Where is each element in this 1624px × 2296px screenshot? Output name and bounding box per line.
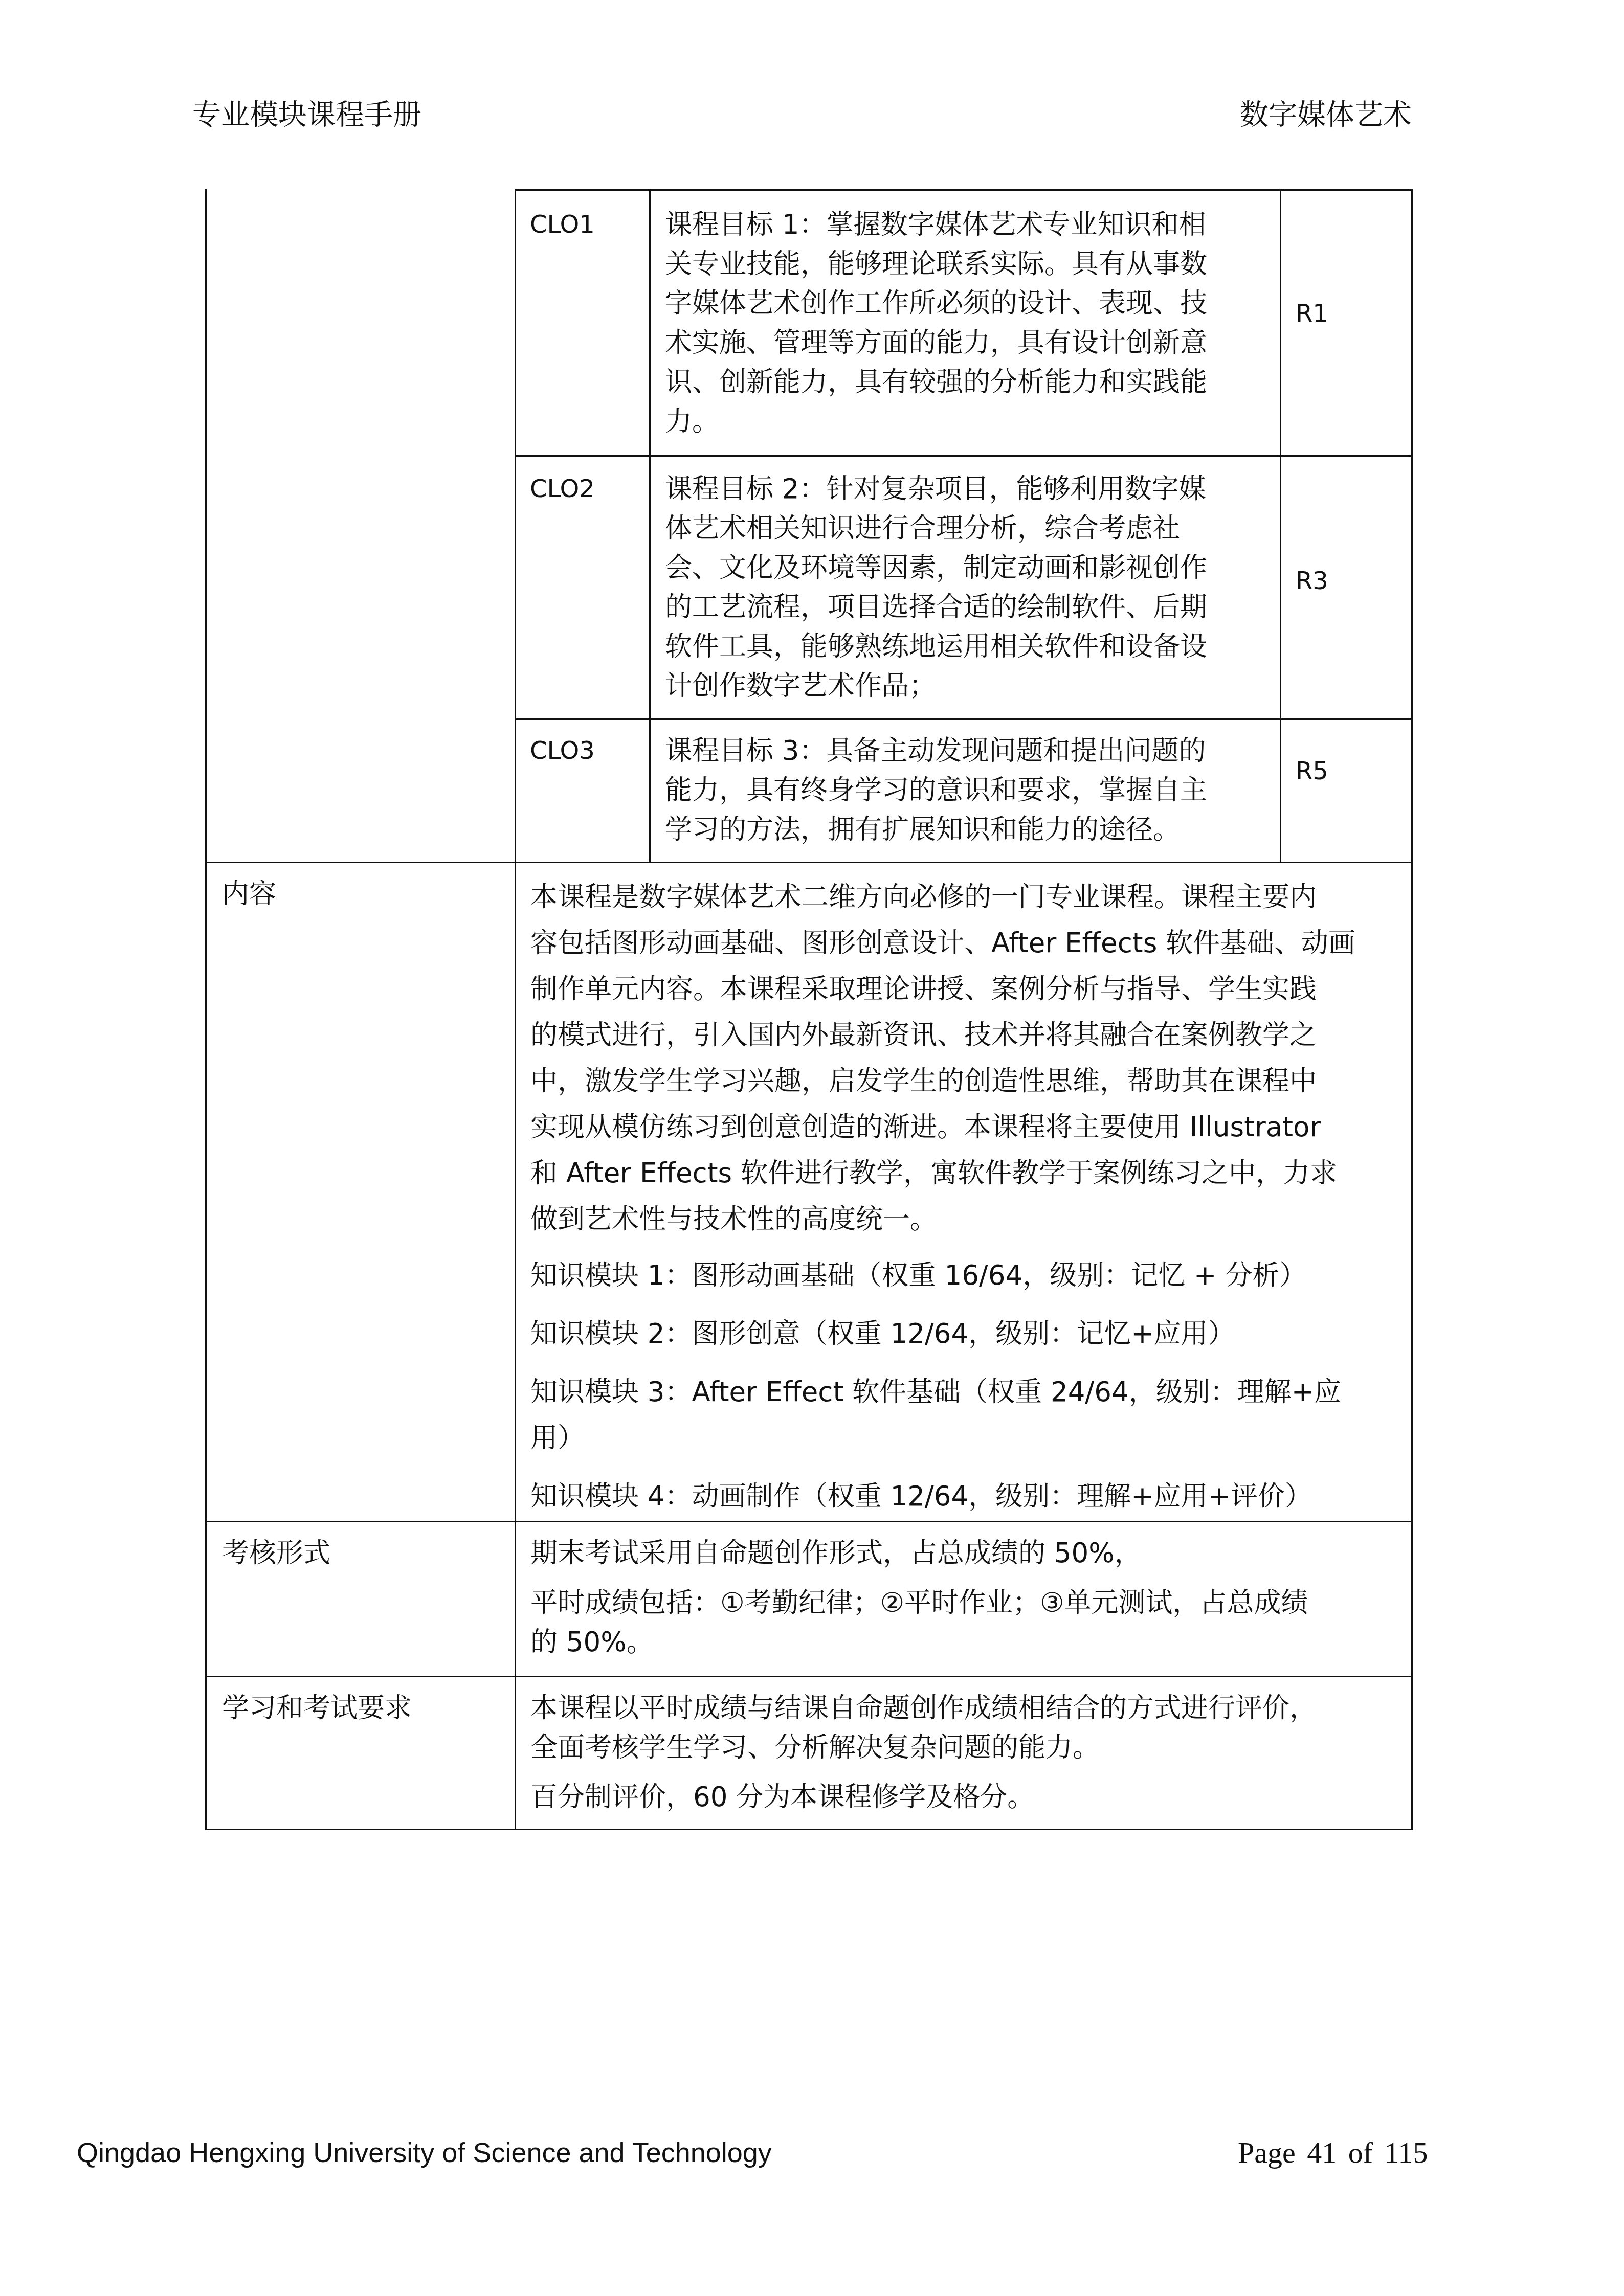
text-line: 能力，具有终身学习的意识和要求，掌握自主 [665,771,1207,810]
text-line: 期末考试采用自命题创作形式，占总成绩的 50%， [530,1534,1308,1573]
knowledge-module-3: 知识模块 3：After Effect 软件基础（权重 24/64，级别：理解+… [530,1369,1355,1415]
text-line: 容包括图形动画基础、图形创意设计、After Effects 软件基础、动画 [530,920,1355,966]
assessment-text: 期末考试采用自命题创作形式，占总成绩的 50%， 平时成绩包括：①考勤纪律；②平… [530,1534,1308,1662]
text-line: 学习的方法，拥有扩展知识和能力的途径。 [665,810,1207,849]
text-line: 识、创新能力，具有较强的分析能力和实践能 [665,363,1207,402]
text-line: 和 After Effects 软件进行教学，寓软件教学于案例练习之中，力求 [530,1151,1355,1197]
footer-page-number: Page 41 of 115 [1238,2135,1428,2171]
clo1-outcome: R1 [1296,294,1328,333]
text-line: 会、文化及环境等因素，制定动画和影视创作 [665,548,1207,588]
knowledge-module-3-cont: 用） [530,1415,1355,1461]
assessment-body-cell: 期末考试采用自命题创作形式，占总成绩的 50%， 平时成绩包括：①考勤纪律；②平… [515,1521,1413,1677]
clo2-outcome-cell: R3 [1280,455,1413,720]
clo2-code-cell: CLO2 [515,455,651,720]
text-line: 中，激发学生学习兴趣，启发学生的创造性思维，帮助其在课程中 [530,1059,1355,1105]
requirements-text: 本课程以平时成绩与结课自命题创作成绩相结合的方式进行评价， 全面考核学生学习、分… [530,1689,1317,1817]
footer-university: Qingdao Hengxing University of Science a… [77,2135,772,2171]
content-label: 内容 [222,874,276,914]
header-right-title: 数字媒体艺术 [1240,97,1412,133]
text-line: 计创作数字艺术作品； [665,666,1207,706]
text-line: 本课程是数字媒体艺术二维方向必修的一门专业课程。课程主要内 [530,874,1355,920]
content-paragraph: 本课程是数字媒体艺术二维方向必修的一门专业课程。课程主要内 容包括图形动画基础、… [530,874,1355,1520]
text-line: 课程目标 3：具备主动发现问题和提出问题的 [665,731,1207,771]
clo2-code: CLO2 [530,469,595,509]
clo3-code-cell: CLO3 [515,718,651,863]
clo3-text: 课程目标 3：具备主动发现问题和提出问题的 能力，具有终身学习的意识和要求，掌握… [665,731,1207,849]
content-body-cell: 本课程是数字媒体艺术二维方向必修的一门专业课程。课程主要内 容包括图形动画基础、… [515,862,1413,1522]
requirements-label: 学习和考试要求 [222,1689,412,1728]
text-line: 的工艺流程，项目选择合适的绘制软件、后期 [665,588,1207,627]
clo3-text-cell: 课程目标 3：具备主动发现问题和提出问题的 能力，具有终身学习的意识和要求，掌握… [649,718,1281,863]
clo2-text: 课程目标 2：针对复杂项目，能够利用数字媒 体艺术相关知识进行合理分析，综合考虑… [665,469,1207,706]
knowledge-module-1: 知识模块 1：图形动画基础（权重 16/64，级别：记忆 + 分析） [530,1253,1355,1299]
clo1-text: 课程目标 1：掌握数字媒体艺术专业知识和相 关专业技能，能够理论联系实际。具有从… [665,205,1207,441]
text-line: 平时成绩包括：①考勤纪律；②平时作业；③单元测试，占总成绩 [530,1583,1308,1623]
text-line: 软件工具，能够熟练地运用相关软件和设备设 [665,627,1207,666]
clo3-code: CLO3 [530,731,595,771]
clo2-outcome: R3 [1296,561,1328,601]
assessment-label-cell: 考核形式 [205,1521,516,1677]
text-line: 关专业技能，能够理论联系实际。具有从事数 [665,244,1207,284]
text-line: 的模式进行，引入国内外最新资讯、技术并将其融合在案例教学之 [530,1012,1355,1059]
text-line: 实现从模仿练习到创意创造的渐进。本课程将主要使用 Illustrator [530,1105,1355,1151]
clo1-outcome-cell: R1 [1280,189,1413,457]
clo1-code-cell: CLO1 [515,189,651,457]
text-line: 课程目标 2：针对复杂项目，能够利用数字媒 [665,469,1207,509]
text-line: 制作单元内容。本课程采取理论讲授、案例分析与指导、学生实践 [530,966,1355,1012]
requirements-label-cell: 学习和考试要求 [205,1676,516,1830]
knowledge-module-4: 知识模块 4：动画制作（权重 12/64，级别：理解+应用+评价） [530,1474,1355,1520]
text-line: 本课程以平时成绩与结课自命题创作成绩相结合的方式进行评价， [530,1689,1317,1728]
content-label-cell: 内容 [205,862,516,1522]
requirements-body-cell: 本课程以平时成绩与结课自命题创作成绩相结合的方式进行评价， 全面考核学生学习、分… [515,1676,1413,1830]
text-line: 字媒体艺术创作工作所必须的设计、表现、技 [665,284,1207,323]
text-line: 术实施、管理等方面的能力，具有设计创新意 [665,323,1207,363]
assessment-label: 考核形式 [222,1534,330,1573]
text-line: 百分制评价，60 分为本课程修学及格分。 [530,1777,1317,1817]
text-line: 做到艺术性与技术性的高度统一。 [530,1197,1355,1243]
objectives-label-cell [205,189,516,863]
text-line: 力。 [665,402,1207,441]
text-line: 课程目标 1：掌握数字媒体艺术专业知识和相 [665,205,1207,244]
knowledge-module-2: 知识模块 2：图形创意（权重 12/64，级别：记忆+应用） [530,1311,1355,1357]
clo1-text-cell: 课程目标 1：掌握数字媒体艺术专业知识和相 关专业技能，能够理论联系实际。具有从… [649,189,1281,457]
text-line: 体艺术相关知识进行合理分析，综合考虑社 [665,509,1207,548]
text-line: 的 50%。 [530,1623,1308,1662]
text-line: 全面考核学生学习、分析解决复杂问题的能力。 [530,1728,1317,1767]
clo3-outcome: R5 [1296,752,1328,791]
clo3-outcome-cell: R5 [1280,718,1413,863]
header-left-title: 专业模块课程手册 [192,97,421,133]
clo1-code: CLO1 [530,205,595,244]
clo2-text-cell: 课程目标 2：针对复杂项目，能够利用数字媒 体艺术相关知识进行合理分析，综合考虑… [649,455,1281,720]
